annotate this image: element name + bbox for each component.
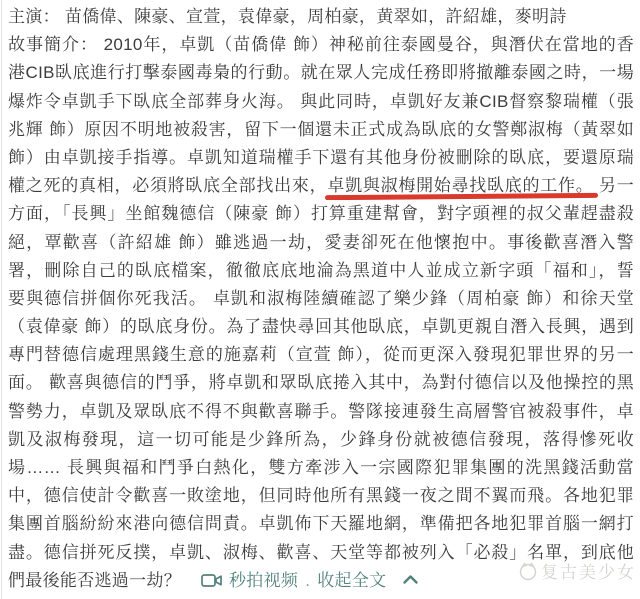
- text-line: 港CIB臥底進行打擊泰國毒梟的行動。就在眾人完成任務即將撤離泰國之時，一場: [8, 59, 634, 87]
- text-segment: 另一: [594, 176, 635, 195]
- text-line: 面。 歡喜與德信的鬥爭，將卓凱和眾臥底捲入其中，為對付德信以及他操控的黑: [8, 369, 634, 397]
- text-line: 集團首腦紛紛來港向德信問責。卓凱佈下天羅地網，準備把各地犯罪首腦一網打: [8, 510, 634, 538]
- text-line: 爆炸令卓凱手下臥底全部葬身火海。 與此同時，卓凱好友兼CIB督察黎瑞權（張: [8, 88, 634, 116]
- weibo-post-page: { "theme": { "background": "#ffffff", "t…: [0, 0, 640, 599]
- collapse-link[interactable]: 收起全文: [317, 571, 386, 590]
- text-line: 飾）由卓凱接手指導。卓凱知道瑞權手下還有其他身份被刪除的臥底，要還原瑞: [8, 144, 634, 172]
- synopsis: 主演： 苗僑偉、陳豪、宣萱，袁偉豪，周柏豪，黄翠如，許紹雄，麥明詩故事簡介： 2…: [0, 0, 640, 595]
- text-line: 盡。德信拼死反撲，卓凱、淑梅、歡喜、天堂等都被列入「必殺」名單，到底他: [8, 539, 634, 567]
- text-line: 中，德信使計令歡喜一敗塗地，但同時他所有黑錢一夜之間不翼而飛。各地犯罪: [8, 482, 634, 510]
- red-underlined-text: 卓凱與淑梅開始尋找臥底的工作。: [327, 176, 593, 195]
- text-line: 兆輝 飾）原因不明地被殺害，留下一個還未正式成為臥底的女警鄭淑梅（黃翠如: [8, 116, 634, 144]
- text-line: 絕，覃歡喜（許紹雄 飾）雖逃過一劫，愛妻卻死在他懷抱中。事後歡喜潛入警: [8, 229, 634, 257]
- synopsis-lines: 主演： 苗僑偉、陳豪、宣萱，袁偉豪，周柏豪，黄翠如，許紹雄，麥明詩故事簡介： 2…: [8, 3, 634, 567]
- text-line: 凱及淑梅發現，這一切可能是少鋒所為，少鋒身份就被德信發現，落得慘死收: [8, 426, 634, 454]
- text-line: （袁偉豪 飾）的臥底身份。為了盡快尋回其他臥底，卓凱更親自潛入長興，遇到: [8, 313, 634, 341]
- separator-dot: .: [305, 571, 310, 590]
- video-link[interactable]: 秒拍视频: [229, 571, 298, 590]
- text-line: 要與德信拼個你死我活。 卓凱和淑梅陸續確認了樂少鋒（周柏豪 飾）和徐天堂: [8, 285, 634, 313]
- text-segment: 權之死的真相，必須將臥底全部找出來，: [8, 176, 327, 195]
- text-line: 權之死的真相，必須將臥底全部找出來，卓凱與淑梅開始尋找臥底的工作。 另一: [8, 172, 634, 200]
- text-line: 主演： 苗僑偉、陳豪、宣萱，袁偉豪，周柏豪，黄翠如，許紹雄，麥明詩: [8, 3, 634, 31]
- chevron-up-icon[interactable]: [402, 574, 419, 585]
- text-line: 故事簡介： 2010年，卓凱（苗僑偉 飾）神秘前往泰國曼谷，與潛伏在當地的香: [8, 31, 634, 59]
- text-line: 場…… 長興與福和鬥爭白熱化，雙方牽涉入一宗國際犯罪集團的洗黑錢活動當: [8, 454, 634, 482]
- footer-text: 們最後能否逃過一劫？: [8, 571, 181, 590]
- text-line: 署，刪除自己的臥底檔案，徹徹底底地淪為黑道中人並成立新字頭「福和」，誓: [8, 257, 634, 285]
- text-line: 專門替德信處理黑錢生意的施嘉莉（宣萱 飾），從而更深入發現犯罪世界的另一: [8, 341, 634, 369]
- text-line: 方面，「長興」坐館魏德信（陳豪 飾）打算重建幫會，對字頭裡的叔父輩趕盡殺: [8, 200, 634, 228]
- footer-line: 們最後能否逃過一劫？ 秒拍视频.收起全文: [8, 567, 634, 595]
- video-camera-icon: [201, 573, 222, 588]
- text-line: 警勢力，卓凱及眾臥底不得不與歡喜聯手。警隊接連發生高層警官被殺事件，卓: [8, 398, 634, 426]
